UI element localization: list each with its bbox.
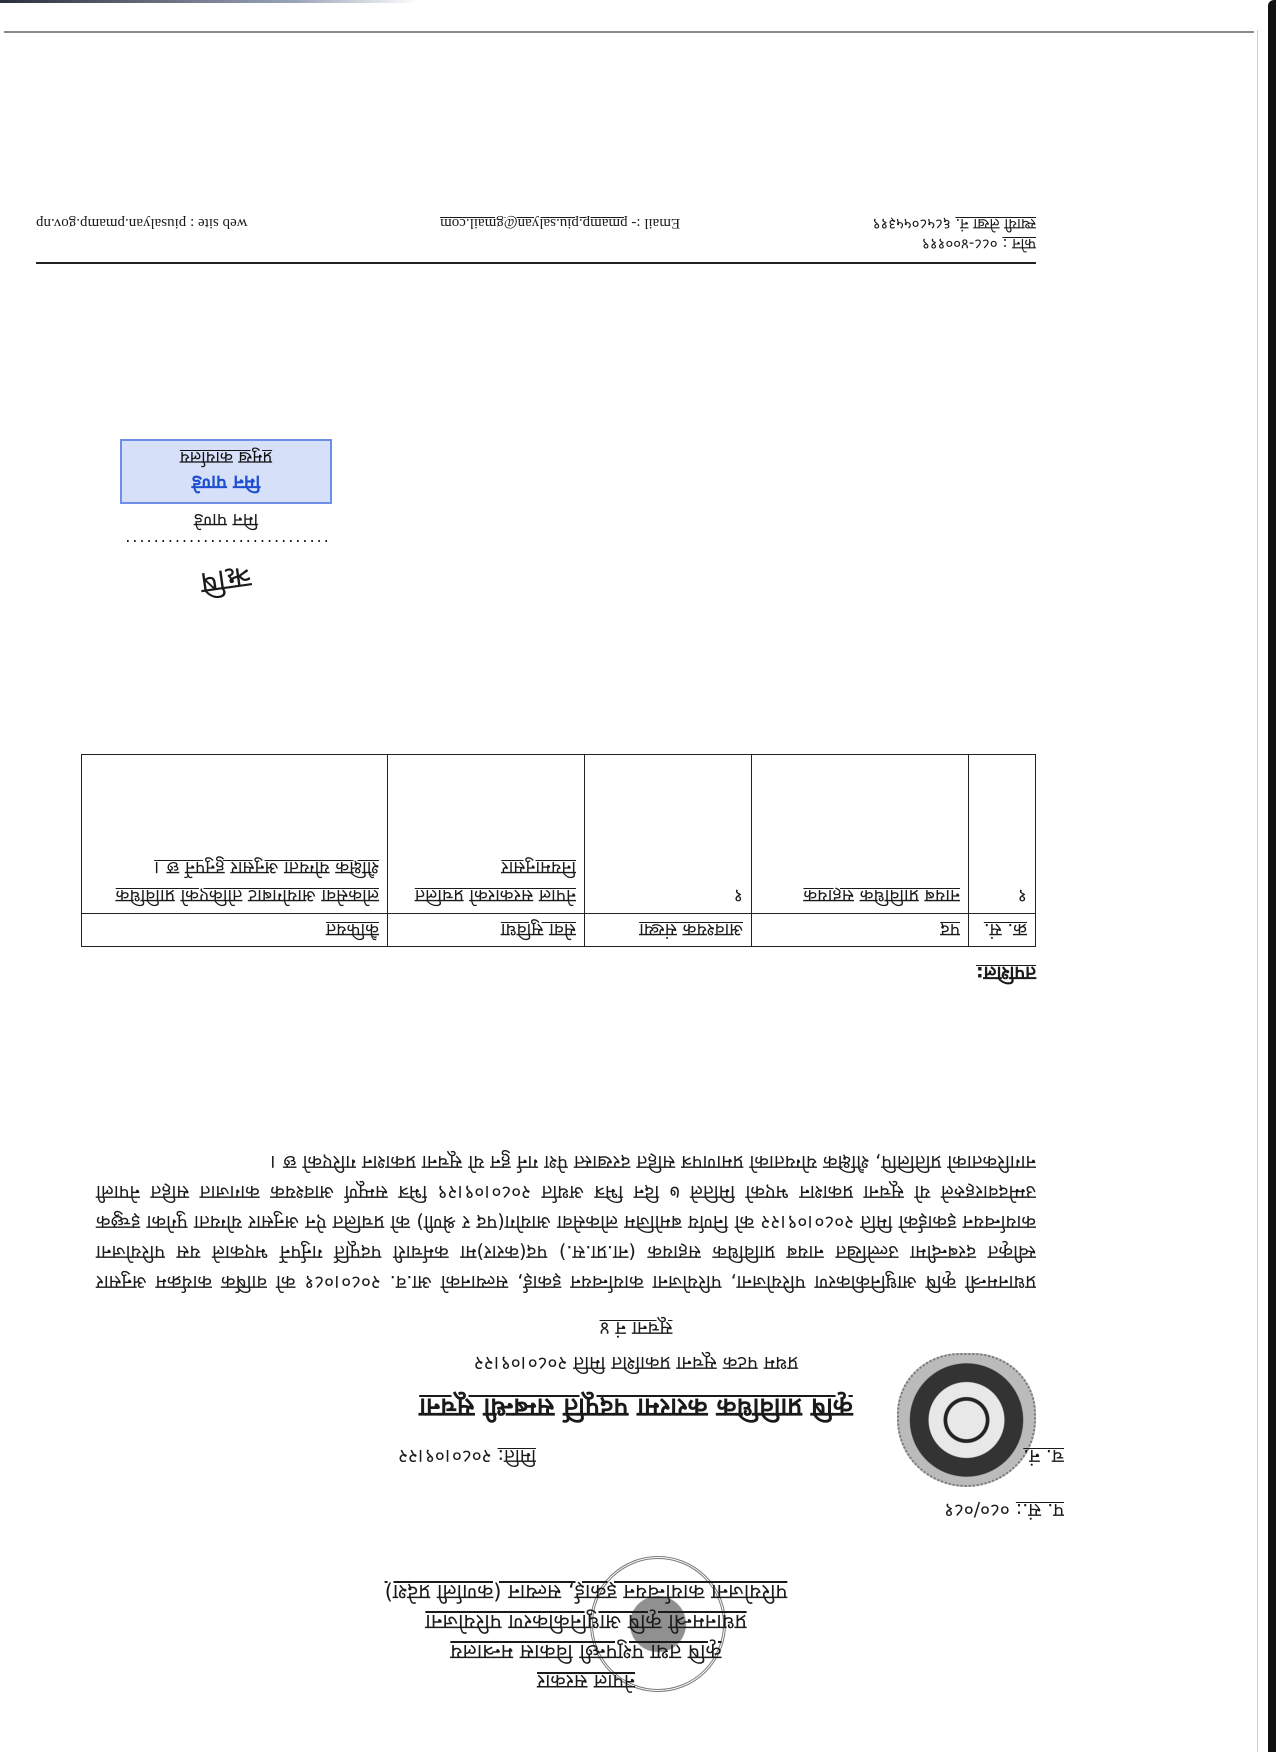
project-name: प्रधानमन्त्री कृषि आधुनिकीकरण परियोजना [246,1607,926,1637]
footer-contact: फोन : ०८८-४००११९ स्थायी लेखा नं. ६८५८०५५… [36,214,1036,254]
col-post: पद [752,914,969,947]
signature-scribble: ऋषि [114,546,338,617]
table-row: १ नायब प्राविधिक सहायक १ नेपाल सरकारको प… [82,755,1036,914]
table-header-row: क्र. सं. पद आवश्यक संख्या सेवा सुविधा कै… [82,914,1036,947]
signatory-name: मिन पाण्डे [116,508,336,532]
stamp-name: मिन पाण्डे [126,470,326,496]
col-remarks: कैफियत [82,914,388,947]
col-serial: क्र. सं. [969,914,1036,947]
notice-number: सूचना नं ४ [176,1316,1096,1342]
dispatch-number: च. नं. [1023,1444,1064,1470]
footer-divider [36,262,1036,264]
details-label: तपशिल: [976,961,1036,987]
website: web site : piusalyan.pmamp.gov.np [36,214,248,231]
cell-post: नायब प्राविधिक सहायक [752,755,969,914]
account-number: स्थायी लेखा नं. ६८५८०५५३१९ [873,214,1036,234]
signature-block: ऋषि ............................. मिन पा… [116,439,336,602]
cell-serial: १ [969,755,1036,914]
col-facilities: सेवा सुविधा [388,914,585,947]
designation-stamp: मिन पाण्डे प्रमुख कार्यालय [120,439,332,504]
cell-required-number: १ [585,755,752,914]
notice-subtitle: प्रथम पटक सूचना प्रकाशित मिति २०८०।०९।२२ [176,1351,1096,1377]
email: Email :- pmamp.piu.salyan@gmail.com [440,214,680,231]
vacancy-table: क्र. सं. पद आवश्यक संख्या सेवा सुविधा कै… [81,754,1036,947]
ministry-name: कृषि तथा पशुपन्छी विकास मन्त्रालय [246,1637,926,1667]
phone: फोन : ०८८-४००११९ [922,234,1036,254]
col-required-number: आवश्यक संख्या [585,914,752,947]
government-name: नेपाल सरकार [246,1667,926,1697]
office-name: परियोजना कार्यान्वयन इकाई, सल्यान (कर्णा… [246,1577,926,1607]
signatory-designation: प्रमुख कार्यालय [126,447,326,470]
notice-title: कृषि प्राविधिक करारमा पदपूर्ति सम्बन्धी … [176,1391,1096,1427]
cell-remarks: लोकसेवा आयोगबाट तोकिएको प्राविधिक शैक्षि… [82,755,388,914]
cell-facilities: नेपाल सरकारको प्रचलित नियमानुसार [388,755,585,914]
scanned-document-rotated: नेपाल सरकार कृषि तथा पशुपन्छी विकास मन्त… [0,0,1276,1752]
reference-number: प. सं.: ०८०/०८१ [944,1498,1064,1524]
notice-body: प्रधानमन्त्री कृषि आधुनिकीकरण परियोजना, … [96,1147,1036,1297]
letterhead: नेपाल सरकार कृषि तथा पशुपन्छी विकास मन्त… [246,1577,926,1697]
letter-date: मिति: २०८०।०९।२२ [398,1444,536,1470]
